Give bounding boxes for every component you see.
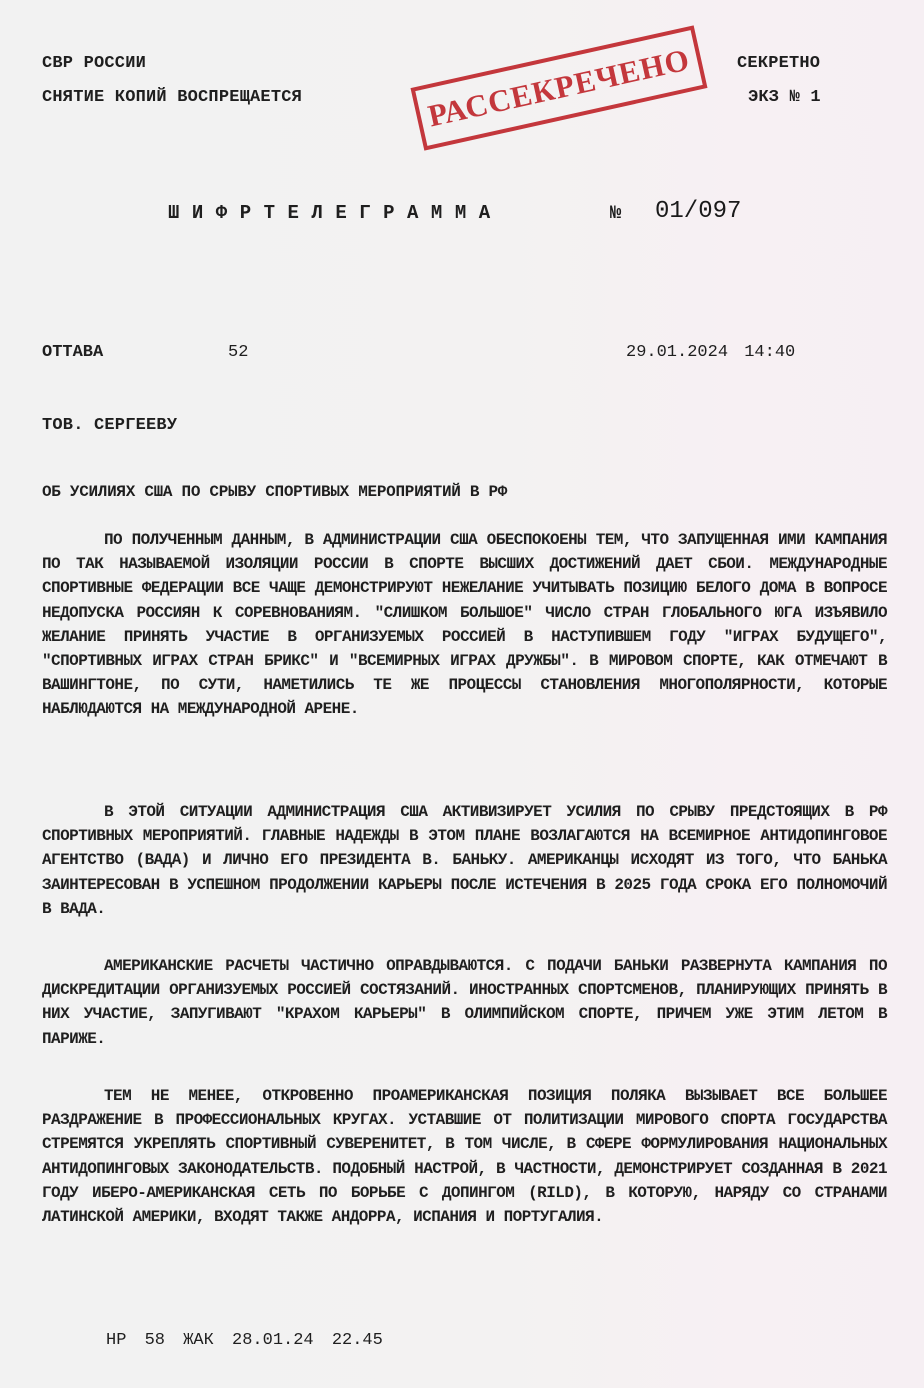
addressee: ТОВ. СЕРГЕЕВУ [42, 416, 177, 435]
copy-restriction-notice: СНЯТИЕ КОПИЙ ВОСПРЕЩАЕТСЯ [42, 88, 302, 107]
stamp-text: РАССЕКРЕЧЕНО [425, 42, 693, 135]
document-title: ШИФРТЕЛЕГРАММА [168, 202, 503, 224]
copy-number: ЭКЗ № 1 [748, 88, 821, 107]
number-sign: № [610, 202, 622, 224]
organization-header: СВР РОССИИ [42, 54, 146, 73]
footer-reference: НР 58 ЖАК 28.01.24 22.45 [106, 1331, 383, 1350]
body-paragraph: В ЭТОЙ СИТУАЦИИ АДМИНИСТРАЦИЯ США АКТИВИ… [42, 800, 887, 921]
cipher-telegram-document: СВР РОССИИ СНЯТИЕ КОПИЙ ВОСПРЕЩАЕТСЯ СЕК… [0, 0, 924, 1388]
body-paragraph: АМЕРИКАНСКИЕ РАСЧЕТЫ ЧАСТИЧНО ОПРАВДЫВАЮ… [42, 954, 887, 1051]
document-number: 01/097 [655, 198, 741, 225]
sent-datetime: 29.01.2024 14:40 [626, 343, 795, 362]
origin-city: ОТТАВА [42, 343, 103, 362]
declassified-stamp: РАССЕКРЕЧЕНО [411, 25, 708, 150]
body-paragraph: ТЕМ НЕ МЕНЕЕ, ОТКРОВЕННО ПРОАМЕРИКАНСКАЯ… [42, 1084, 887, 1229]
classification-label: СЕКРЕТНО [737, 54, 820, 73]
station-number: 52 [228, 343, 248, 362]
body-paragraph: ПО ПОЛУЧЕННЫМ ДАННЫМ, В АДМИНИСТРАЦИИ СШ… [42, 528, 887, 722]
subject-line: ОБ УСИЛИЯХ США ПО СРЫВУ СПОРТИВЫХ МЕРОПР… [42, 483, 507, 501]
